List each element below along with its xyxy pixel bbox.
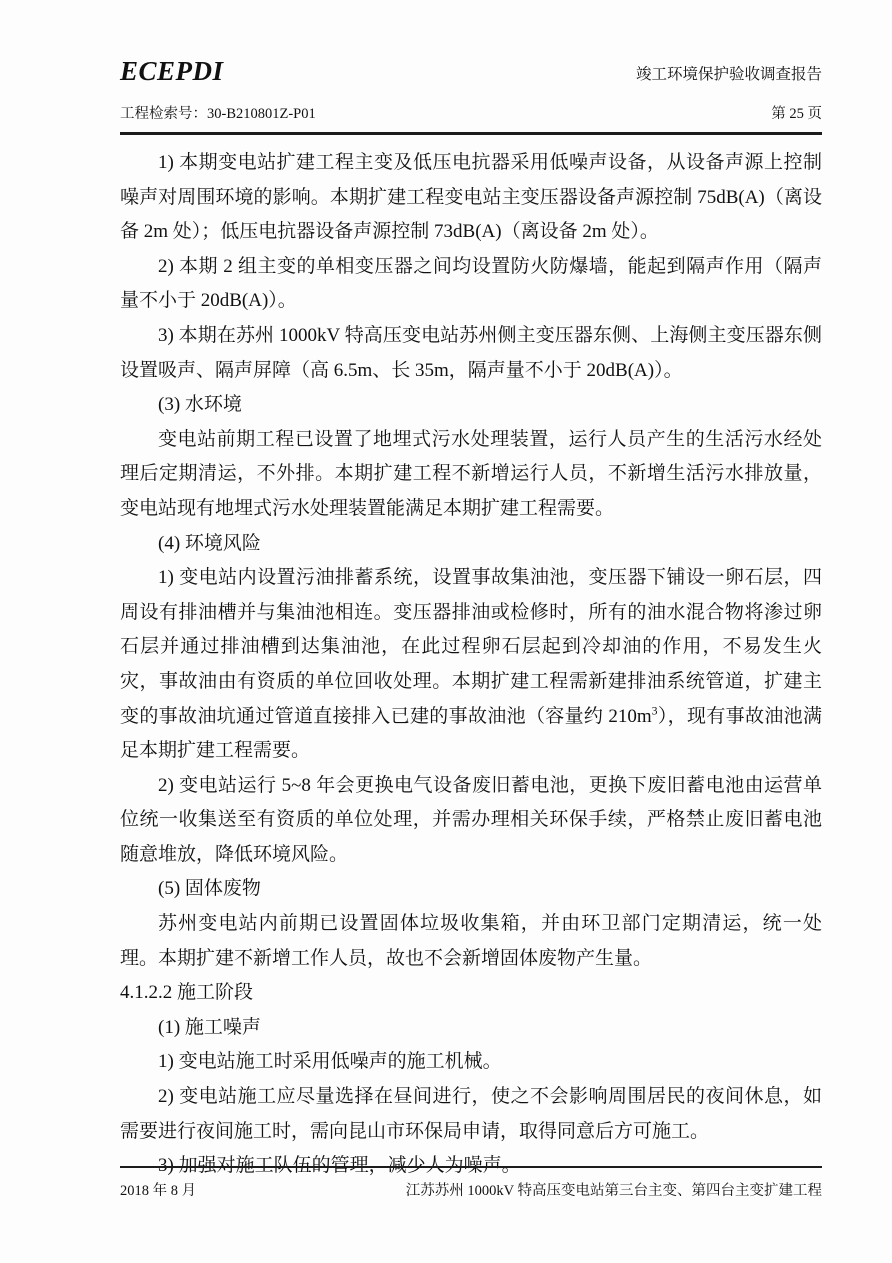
section-heading-solid-waste: (5) 固体废物	[120, 872, 822, 907]
section-heading-water-environment: (3) 水环境	[120, 388, 822, 423]
section-heading-construction-phase: 4.1.2.2 施工阶段	[120, 976, 822, 1011]
paragraph-oil-system: 1) 变电站内设置污油排蓄系统，设置事故集油池，变压器下铺设一卵石层，四周设有排…	[120, 561, 822, 769]
footer-project-name: 江苏苏州 1000kV 特高压变电站第三台主变、第四台主变扩建工程	[406, 1179, 822, 1200]
document-page: ECEPDI 竣工环境保护验收调查报告 工程检索号：30-B210801Z-P0…	[0, 0, 892, 1263]
report-title: 竣工环境保护验收调查报告	[636, 67, 822, 86]
paragraph-noise-measure-2: 2) 本期 2 组主变的单相变压器之间均设置防火防爆墙，能起到隔声作用（隔声量不…	[120, 250, 822, 319]
header-meta-row: 工程检索号：30-B210801Z-P01 第 25 页	[120, 102, 822, 123]
footer-divider	[120, 1166, 822, 1168]
section-heading-construction-noise: (1) 施工噪声	[120, 1011, 822, 1046]
paragraph-solid-waste: 苏州变电站内前期已设置固体垃圾收集箱，并由环卫部门定期清运，统一处理。本期扩建不…	[120, 907, 822, 976]
company-logo: ECEPDI	[120, 58, 224, 85]
page-number: 第 25 页	[771, 102, 822, 123]
page-header: ECEPDI 竣工环境保护验收调查报告 工程检索号：30-B210801Z-P0…	[0, 0, 892, 135]
paragraph-construction-noise-2: 2) 变电站施工应尽量选择在昼间进行，使之不会影响周围居民的夜间休息，如需要进行…	[120, 1080, 822, 1149]
paragraph-water-environment: 变电站前期工程已设置了地埋式污水处理装置，运行人员产生的生活污水经处理后定期清运…	[120, 423, 822, 527]
section-heading-environment-risk: (4) 环境风险	[120, 527, 822, 562]
document-body: 1) 本期变电站扩建工程主变及低压电抗器采用低噪声设备，从设备声源上控制噪声对周…	[0, 135, 892, 1184]
paragraph-oil-system-text: 1) 变电站内设置污油排蓄系统，设置事故集油池，变压器下铺设一卵石层，四周设有排…	[120, 567, 822, 726]
page-footer: 2018 年 8 月 江苏苏州 1000kV 特高压变电站第三台主变、第四台主变…	[120, 1166, 822, 1200]
paragraph-construction-noise-1: 1) 变电站施工时采用低噪声的施工机械。	[120, 1045, 822, 1080]
footer-row: 2018 年 8 月 江苏苏州 1000kV 特高压变电站第三台主变、第四台主变…	[120, 1179, 822, 1200]
paragraph-noise-measure-3: 3) 本期在苏州 1000kV 特高压变电站苏州侧主变压器东侧、上海侧主变压器东…	[120, 319, 822, 388]
paragraph-battery-disposal: 2) 变电站运行 5~8 年会更换电气设备废旧蓄电池，更换下废旧蓄电池由运营单位…	[120, 769, 822, 873]
paragraph-noise-measure-1: 1) 本期变电站扩建工程主变及低压电抗器采用低噪声设备，从设备声源上控制噪声对周…	[120, 146, 822, 250]
header-top-row: ECEPDI 竣工环境保护验收调查报告	[120, 58, 822, 85]
project-index-number: 工程检索号：30-B210801Z-P01	[120, 102, 316, 123]
footer-date: 2018 年 8 月	[120, 1179, 196, 1200]
